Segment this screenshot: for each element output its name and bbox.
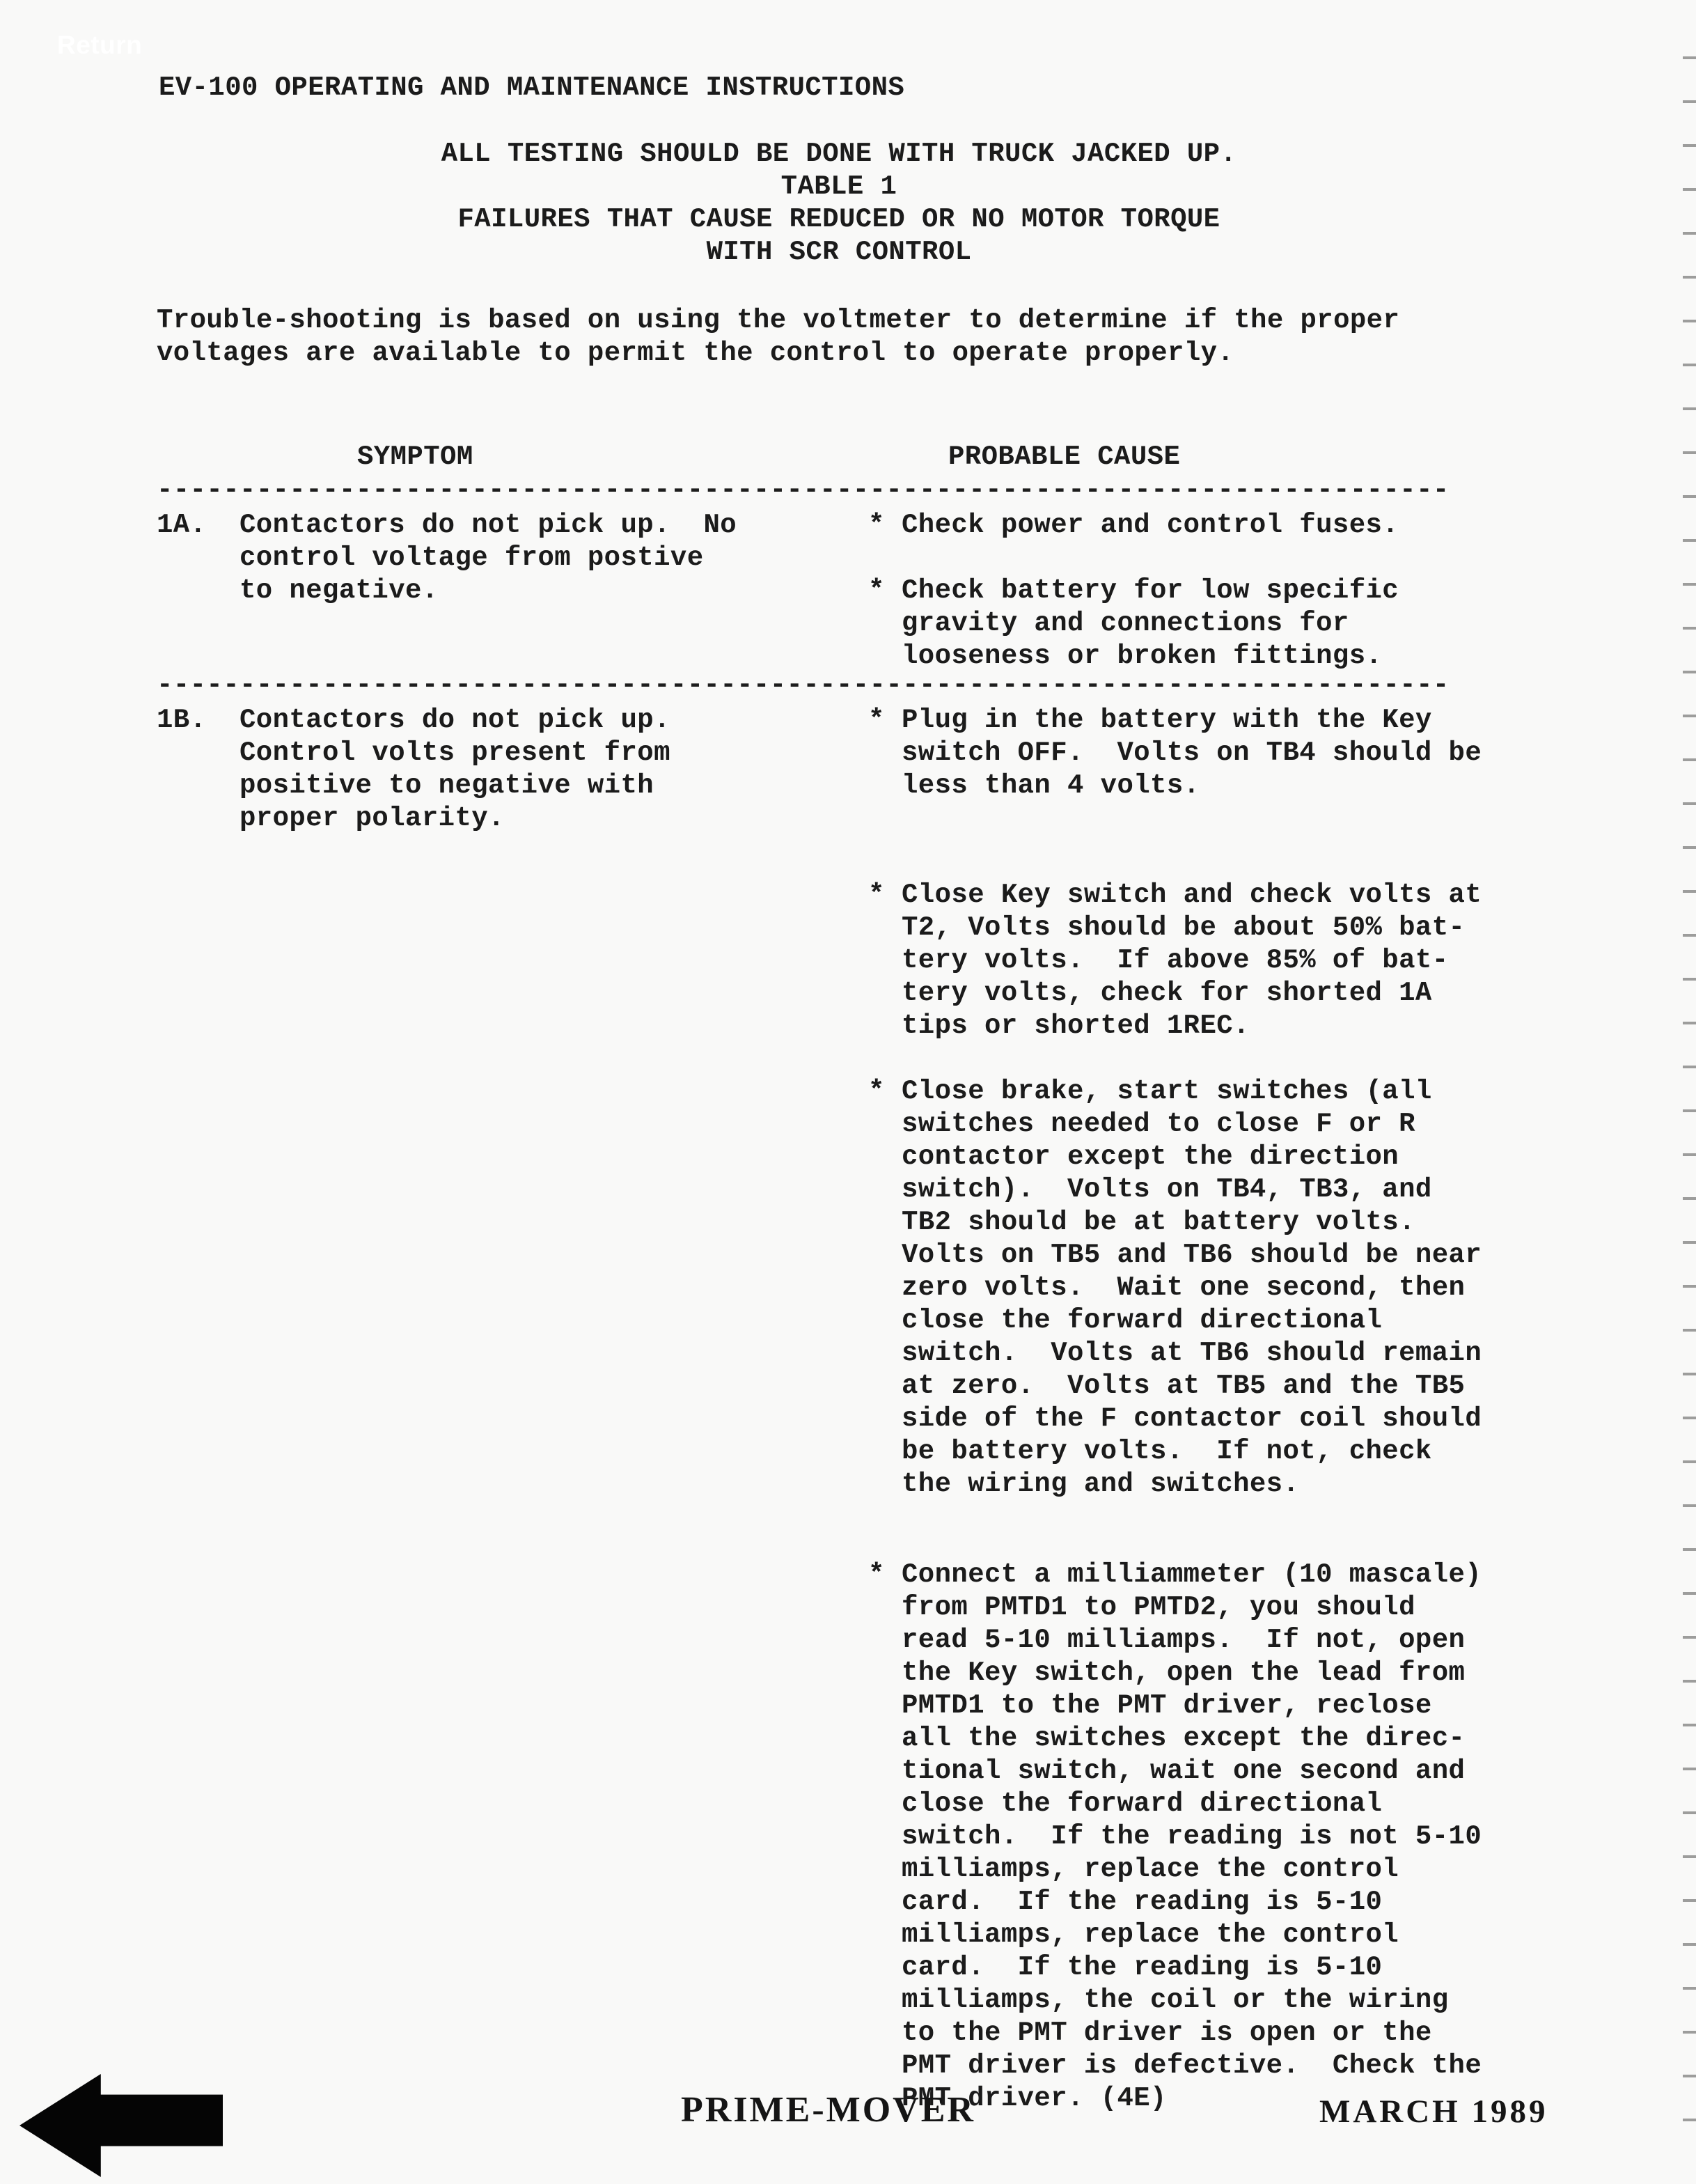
table-row-1a: 1A. Contactors do not pick up. No contro… <box>0 509 1696 669</box>
return-label[interactable]: Return <box>57 31 142 60</box>
asterisk-bullet: * <box>868 879 902 912</box>
title-block: ALL TESTING SHOULD BE DONE WITH TRUCK JA… <box>0 138 1678 269</box>
cause-item: * Check battery for low specific gravity… <box>868 575 1399 673</box>
footer-brand: PRIME-MOVER <box>681 2089 975 2130</box>
cause-item: * Close brake, start switches (all switc… <box>868 1075 1482 1501</box>
cause-text: Close Key switch and check volts at T2, … <box>902 879 1482 1043</box>
cause-text: Plug in the battery with the Key switch … <box>902 704 1482 802</box>
asterisk-bullet: * <box>868 704 902 737</box>
cause-item: * Check power and control fuses. <box>868 509 1399 542</box>
table-divider: ----------------------------------------… <box>157 474 1450 507</box>
symptom-id: 1B. <box>157 704 206 737</box>
table-divider: ----------------------------------------… <box>157 669 1450 702</box>
cause-text: Close brake, start switches (all switche… <box>902 1075 1482 1501</box>
symptom-text: Contactors do not pick up. Control volts… <box>240 704 670 835</box>
asterisk-bullet: * <box>868 1075 902 1108</box>
cause-text: Connect a milliammeter (10 mascale) from… <box>902 1559 1482 2115</box>
right-margin-scan-marks <box>1683 56 1696 2153</box>
table-row-1b: 1B. Contactors do not pick up. Control v… <box>0 704 1696 2118</box>
cause-item: * Close Key switch and check volts at T2… <box>868 879 1482 1043</box>
cause-item: * Connect a milliammeter (10 mascale) fr… <box>868 1559 1482 2115</box>
asterisk-bullet: * <box>868 575 902 607</box>
symptom-id: 1A. <box>157 509 206 542</box>
symptom-text: Contactors do not pick up. No control vo… <box>240 509 737 607</box>
document-header: EV-100 OPERATING AND MAINTENANCE INSTRUC… <box>159 72 904 104</box>
cause-text: Check power and control fuses. <box>902 509 1399 542</box>
column-header-symptom: SYMPTOM <box>357 441 473 474</box>
cause-text: Check battery for low specific gravity a… <box>902 575 1399 673</box>
footer-date: MARCH 1989 <box>1319 2093 1548 2130</box>
document-page: EV-100 OPERATING AND MAINTENANCE INSTRUC… <box>0 0 1696 2184</box>
column-header-probable-cause: PROBABLE CAUSE <box>948 441 1180 474</box>
asterisk-bullet: * <box>868 1559 902 1591</box>
asterisk-bullet: * <box>868 509 902 542</box>
cause-item: * Plug in the battery with the Key switc… <box>868 704 1482 802</box>
intro-paragraph: Trouble-shooting is based on using the v… <box>157 304 1399 370</box>
